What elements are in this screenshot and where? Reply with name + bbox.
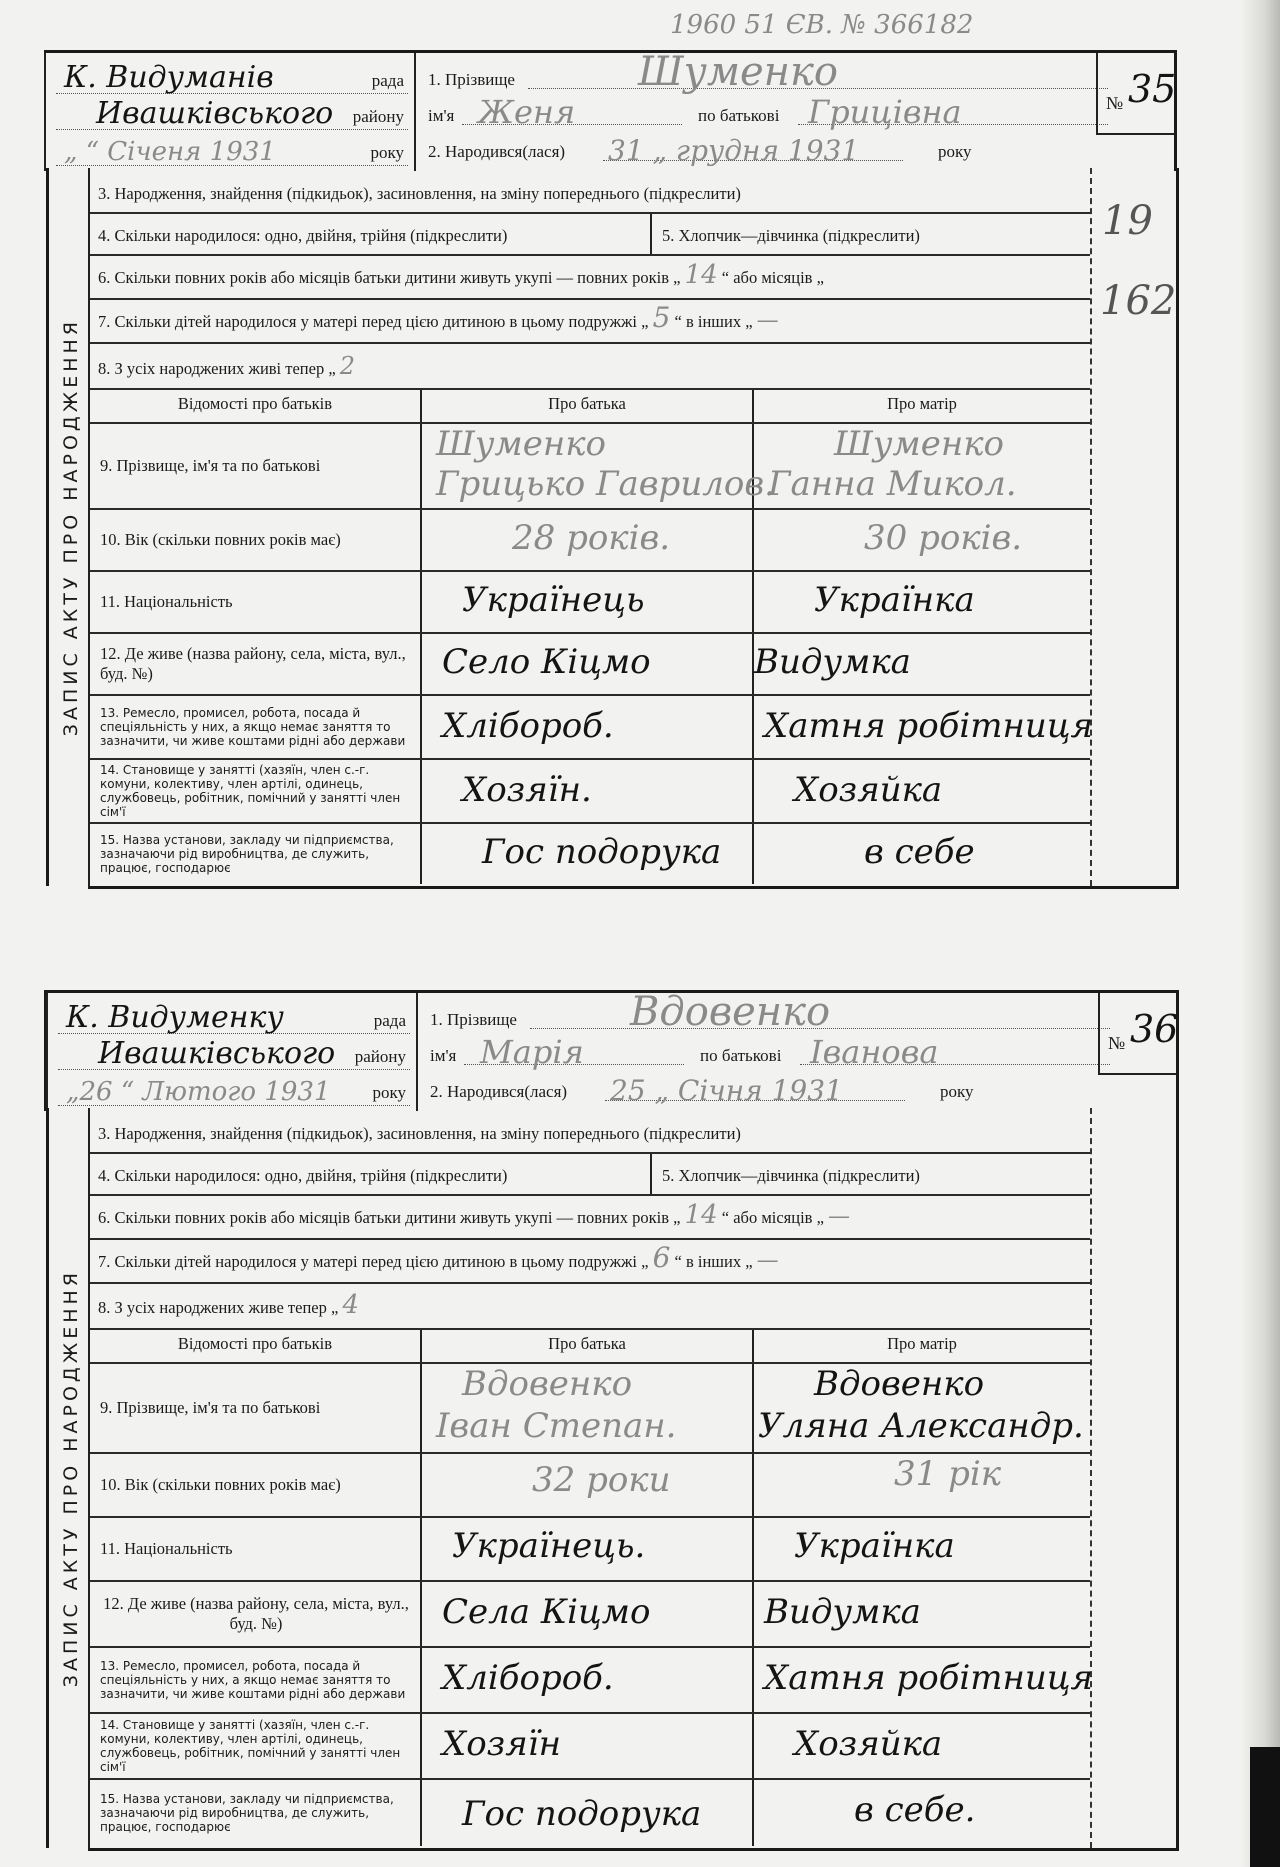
council-box: К. Видуменку рада Ивашківського району „…: [46, 993, 418, 1111]
q8-label: 8. З усіх народжених живі тепер „: [98, 359, 336, 378]
q5-text: 5. Хлопчик—дівчинка (підкреслити): [662, 1166, 920, 1186]
q7-text: 7. Скільки дітей народилося у матері пер…: [98, 1241, 779, 1274]
row-label-residence: 12. Де живе (назва району, села, міста, …: [100, 1594, 412, 1634]
number-label: №: [1108, 1033, 1125, 1054]
father-residence: Села Кіцмо: [442, 1592, 650, 1632]
child-fields: 1. Прізвище Шуменко ім'я Женя по батьков…: [416, 53, 1106, 171]
father-name: Іван Степан.: [436, 1406, 676, 1446]
father-surname: Вдовенко: [462, 1364, 632, 1404]
q4-q5-row: 4. Скільки народилося: одно, двійня, трі…: [90, 1154, 1090, 1196]
table-row-residence: 12. Де живе (назва району, села, міста, …: [90, 634, 1090, 696]
row-label-name: 9. Прізвище, ім'я та по батькові: [100, 1398, 412, 1418]
q7-label: 7. Скільки дітей народилося у матері пер…: [98, 1252, 648, 1271]
q6-text: 6. Скільки повних років або місяців бать…: [98, 1200, 850, 1230]
table-row-residence: 12. Де живе (назва району, села, міста, …: [90, 1582, 1090, 1648]
table-row-workplace: 15. Назва установи, закладу чи підприємс…: [90, 824, 1090, 884]
table-row-occupation: 13. Ремесло, промисел, робота, посада й …: [90, 696, 1090, 760]
q3-row: 3. Народження, знайдення (підкидьок), за…: [90, 1108, 1090, 1154]
child-fields: 1. Прізвище Вдовенко ім'я Марія по батьк…: [418, 993, 1108, 1111]
years-together: 14: [685, 1200, 718, 1230]
record-body: ЗАПИС АКТУ ПРО НАРОДЖЕННЯ 3. Народження,…: [88, 1108, 1179, 1851]
birth-year-label: року: [940, 1082, 974, 1102]
q8-row: 8. З усіх народжених живі тепер „ 2: [90, 344, 1090, 390]
number-label: №: [1106, 93, 1123, 114]
row-label-age: 10. Вік (скільки повних років має): [100, 1475, 412, 1495]
table-row-name: 9. Прізвище, ім'я та по батькові Вдовенк…: [90, 1364, 1090, 1454]
name-label: ім'я: [428, 106, 454, 126]
father-nationality: Українець: [462, 580, 645, 620]
header-parents-info: Відомості про батьків: [90, 394, 420, 414]
record-header: К. Видуманів рада Ивашківського району „…: [44, 50, 1177, 171]
q7-other-label: “ в інших „: [675, 1252, 753, 1271]
father-status: Хозяїн: [442, 1724, 561, 1764]
q3-row: 3. Народження, знайдення (підкидьок), за…: [90, 168, 1090, 214]
reg-date-value: „ “ Січеня 1931: [64, 137, 276, 167]
side-title: ЗАПИС АКТУ ПРО НАРОДЖЕННЯ: [46, 1108, 93, 1848]
q7-label: 7. Скільки дітей народилося у матері пер…: [98, 312, 648, 331]
birth-date-value: 25 „ Січня 1931: [610, 1074, 843, 1107]
table-row-workplace: 15. Назва установи, закладу чи підприємс…: [90, 1780, 1090, 1846]
row-label-occupation: 13. Ремесло, промисел, робота, посада й …: [100, 706, 412, 748]
table-row-name: 9. Прізвище, ім'я та по батькові Шуменко…: [90, 424, 1090, 510]
q3-text: 3. Народження, знайдення (підкидьок), за…: [98, 1124, 741, 1144]
q3-text: 3. Народження, знайдення (підкидьок), за…: [98, 184, 741, 204]
name-value: Женя: [478, 93, 575, 131]
row-label-nationality: 11. Національність: [100, 592, 412, 612]
rayon-label: району: [355, 1047, 406, 1067]
mother-nationality: Українка: [814, 580, 975, 620]
mother-name: Ганна Микол.: [768, 464, 1017, 504]
rada-value: К. Видуменку: [66, 1000, 284, 1035]
mother-age: 30 років.: [864, 518, 1022, 558]
record-number: 35: [1128, 67, 1176, 111]
q8-label: 8. З усіх народжених живе тепер „: [98, 1298, 338, 1317]
rayon-line: Ивашківського району: [56, 93, 408, 130]
year-label: року: [372, 1083, 406, 1103]
mother-nationality: Українка: [794, 1526, 955, 1566]
table-row-status: 14. Становище у занятті (хазяїн, член с.…: [90, 760, 1090, 824]
q6-months-label: “ або місяців „: [722, 1208, 824, 1227]
reg-date-line: „ “ Січеня 1931 року: [56, 129, 408, 166]
side-title-text: ЗАПИС АКТУ ПРО НАРОДЖЕННЯ: [60, 318, 82, 736]
surname-row: 1. Прізвище Вдовенко: [430, 997, 1106, 1033]
page-corner-dark: [1250, 1747, 1280, 1867]
rada-line: К. Видуманів рада: [56, 57, 408, 94]
surname-label: 1. Прізвище: [430, 1010, 517, 1030]
birth-record-36: К. Видуменку рада Ивашківського району „…: [44, 990, 1174, 1850]
table-row-nationality: 11. Національність Українець Українка: [90, 572, 1090, 634]
rada-label: рада: [372, 71, 404, 91]
name-row: ім'я Марія по батькові Іванова: [430, 1033, 1106, 1069]
margin-column: 19 162: [1090, 168, 1176, 886]
record-number-box: № 36: [1098, 993, 1176, 1075]
rayon-value: Ивашківського: [96, 96, 333, 131]
years-together: 14: [685, 260, 718, 290]
table-header-row: Відомості про батьків Про батька Про мат…: [90, 1330, 1090, 1364]
q5-text: 5. Хлопчик—дівчинка (підкреслити): [662, 226, 920, 246]
father-surname: Шуменко: [436, 424, 606, 464]
q7-text: 7. Скільки дітей народилося у матері пер…: [98, 301, 779, 334]
council-box: К. Видуманів рада Ивашківського району „…: [44, 53, 416, 171]
table-row-age: 10. Вік (скільки повних років має) 32 ро…: [90, 1454, 1090, 1518]
surname-value: Вдовенко: [630, 989, 830, 1035]
birth-date-row: 2. Народився(лася) 25 „ Січня 1931 року: [430, 1069, 1106, 1105]
record-header: К. Видуменку рада Ивашківського району „…: [44, 990, 1179, 1111]
reg-date-line: „26 “ Лютого 1931 року: [58, 1069, 410, 1106]
header-mother: Про матір: [754, 394, 1090, 414]
q8-row: 8. З усіх народжених живе тепер „ 4: [90, 1284, 1090, 1330]
rayon-label: району: [353, 107, 404, 127]
q6-months-label: “ або місяців „: [722, 268, 824, 287]
mother-status: Хозяйка: [794, 770, 942, 810]
patronymic-value: Грицівна: [808, 93, 962, 131]
rada-line: К. Видуменку рада: [58, 997, 410, 1034]
q6-label: 6. Скільки повних років або місяців бать…: [98, 268, 680, 287]
rayon-line: Ивашківського району: [58, 1033, 410, 1070]
table-row-nationality: 11. Національність Українець. Українка: [90, 1518, 1090, 1582]
rada-label: рада: [374, 1011, 406, 1031]
row-label-status: 14. Становище у занятті (хазяїн, член с.…: [100, 1718, 412, 1774]
mother-status: Хозяйка: [794, 1724, 942, 1764]
row-label-workplace: 15. Назва установи, закладу чи підприємс…: [100, 833, 412, 875]
row-label-workplace: 15. Назва установи, закладу чи підприємс…: [100, 1792, 412, 1834]
page-edge-shadow: [1240, 0, 1280, 1867]
mother-residence: Видумка: [764, 1592, 921, 1632]
name-label: ім'я: [430, 1046, 456, 1066]
children-this-marriage: 6: [653, 1241, 671, 1274]
rada-value: К. Видуманів: [64, 60, 274, 95]
mother-residence: Видумка: [754, 642, 911, 682]
q4-text: 4. Скільки народилося: одно, двійня, трі…: [98, 226, 507, 246]
father-workplace: Гос подорука: [482, 832, 721, 872]
q4-text: 4. Скільки народилося: одно, двійня, трі…: [98, 1166, 507, 1186]
archive-note: 1960 51 ЄВ. № 366182: [670, 10, 973, 40]
side-title: ЗАПИС АКТУ ПРО НАРОДЖЕННЯ: [46, 168, 93, 886]
mother-name: Уляна Александр.: [758, 1406, 1084, 1446]
name-row: ім'я Женя по батькові Грицівна: [428, 93, 1104, 129]
mother-occupation: Хатня робітниця: [764, 706, 1093, 746]
surname-label: 1. Прізвище: [428, 70, 515, 90]
born-label: 2. Народився(лася): [428, 142, 565, 162]
patronymic-value: Іванова: [810, 1033, 938, 1071]
margin-note-1: 19: [1102, 198, 1153, 244]
table-header-row: Відомості про батьків Про батька Про мат…: [90, 390, 1090, 424]
surname-row: 1. Прізвище Шуменко: [428, 57, 1104, 93]
father-workplace: Гос подорука: [462, 1794, 701, 1834]
header-parents-info: Відомості про батьків: [90, 1334, 420, 1354]
header-mother: Про матір: [754, 1334, 1090, 1354]
father-age: 28 років.: [512, 518, 670, 558]
mother-occupation: Хатня робітниця: [764, 1658, 1093, 1698]
patronymic-label: по батькові: [700, 1046, 781, 1066]
row-label-residence: 12. Де живе (назва району, села, міста, …: [100, 644, 412, 684]
q8-text: 8. З усіх народжених живі тепер „ 2: [98, 352, 355, 380]
year-label: року: [370, 143, 404, 163]
record-number-box: № 35: [1096, 53, 1174, 135]
months-together: —: [828, 1204, 850, 1229]
name-value: Марія: [480, 1033, 584, 1071]
mother-workplace: в себе: [864, 832, 975, 872]
q6-row: 6. Скільки повних років або місяців бать…: [90, 1196, 1090, 1240]
living-now: 2: [340, 352, 355, 380]
q7-other-label: “ в інших „: [675, 312, 753, 331]
row-label-nationality: 11. Національність: [100, 1539, 412, 1559]
margin-column: [1090, 1108, 1176, 1848]
mother-workplace: в себе.: [854, 1790, 975, 1830]
row-label-name: 9. Прізвище, ім'я та по батькові: [100, 456, 412, 476]
surname-value: Шуменко: [638, 49, 838, 95]
children-other: —: [757, 1248, 779, 1273]
father-age: 32 роки: [532, 1460, 671, 1500]
father-status: Хозяїн.: [462, 770, 592, 810]
q6-row: 6. Скільки повних років або місяців бать…: [90, 256, 1090, 300]
table-row-age: 10. Вік (скільки повних років має) 28 ро…: [90, 510, 1090, 572]
reg-date-value: „26 “ Лютого 1931: [66, 1077, 331, 1107]
father-residence: Село Кіцмо: [442, 642, 651, 682]
mother-surname: Шуменко: [834, 424, 1004, 464]
birth-year-label: року: [938, 142, 972, 162]
header-father: Про батька: [422, 394, 752, 414]
q8-text: 8. З усіх народжених живе тепер „ 4: [98, 1290, 359, 1320]
q6-label: 6. Скільки повних років або місяців бать…: [98, 1208, 680, 1227]
living-now: 4: [342, 1290, 359, 1320]
margin-note-2: 162: [1100, 278, 1176, 324]
birth-date-row: 2. Народився(лася) 31 „ грудня 1931 року: [428, 129, 1104, 165]
father-occupation: Хлібороб.: [442, 1658, 614, 1698]
father-name: Грицько Гаврилов.: [436, 464, 775, 504]
row-label-status: 14. Становище у занятті (хазяїн, член с.…: [100, 763, 412, 819]
father-nationality: Українець.: [452, 1526, 645, 1566]
rayon-value: Ивашківського: [98, 1036, 335, 1071]
children-this-marriage: 5: [653, 301, 671, 334]
father-occupation: Хлібороб.: [442, 706, 614, 746]
q7-row: 7. Скільки дітей народилося у матері пер…: [90, 1240, 1090, 1284]
q6-text: 6. Скільки повних років або місяців бать…: [98, 260, 824, 290]
header-father: Про батька: [422, 1334, 752, 1354]
children-other: —: [757, 308, 779, 333]
table-row-occupation: 13. Ремесло, промисел, робота, посада й …: [90, 1648, 1090, 1714]
table-row-status: 14. Становище у занятті (хазяїн, член с.…: [90, 1714, 1090, 1780]
record-body: ЗАПИС АКТУ ПРО НАРОДЖЕННЯ 19 162 3. Наро…: [88, 168, 1179, 889]
q7-row: 7. Скільки дітей народилося у матері пер…: [90, 300, 1090, 344]
birth-date-value: 31 „ грудня 1931: [608, 134, 859, 167]
record-number: 36: [1130, 1007, 1178, 1051]
row-label-age: 10. Вік (скільки повних років має): [100, 530, 412, 550]
birth-record-35: К. Видуманів рада Ивашківського району „…: [44, 50, 1174, 890]
mother-surname: Вдовенко: [814, 1364, 984, 1404]
q4-q5-row: 4. Скільки народилося: одно, двійня, трі…: [90, 214, 1090, 256]
patronymic-label: по батькові: [698, 106, 779, 126]
mother-age: 31 рік: [894, 1454, 1001, 1494]
side-title-text: ЗАПИС АКТУ ПРО НАРОДЖЕННЯ: [60, 1269, 82, 1687]
row-label-occupation: 13. Ремесло, промисел, робота, посада й …: [100, 1659, 412, 1701]
born-label: 2. Народився(лася): [430, 1082, 567, 1102]
